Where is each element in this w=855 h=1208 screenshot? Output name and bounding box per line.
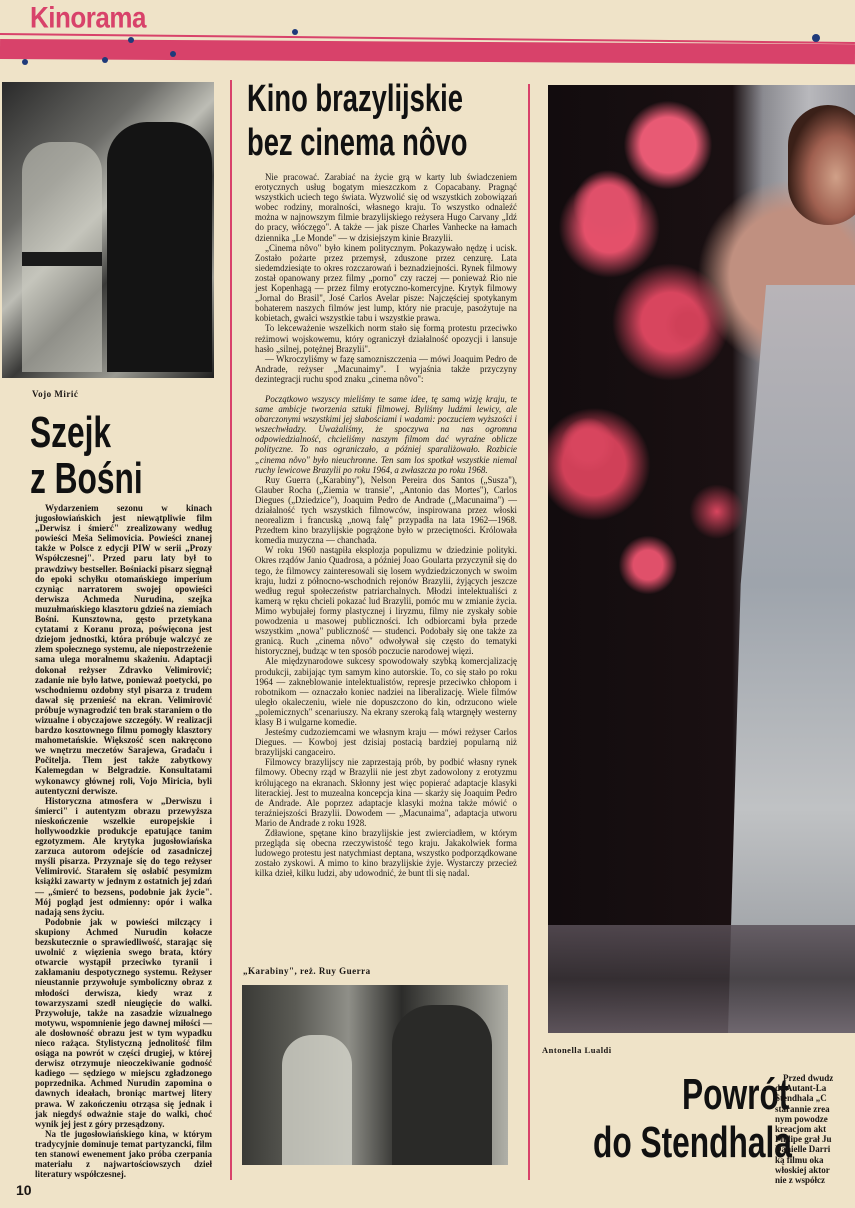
text-line: Philipe grał Ju [775, 1134, 855, 1144]
photo-face [788, 105, 855, 225]
article-center-body: Nie pracować. Zarabiać na życie grą w ka… [255, 172, 517, 947]
paragraph: Podobnie jak w powieści milczący i skupi… [35, 917, 212, 1129]
photo-flowers [548, 85, 748, 685]
ink-dot [170, 51, 176, 57]
paragraph: Na tle jugosłowiańskiego kina, w którym … [35, 1129, 212, 1179]
paragraph: W roku 1960 nastąpiła eksplozja populizm… [255, 545, 517, 656]
photo-sash [22, 252, 102, 266]
photo-caption-center: „Karabiny", reż. Ruy Guerra [243, 966, 371, 976]
text-line: ką filmu oka [775, 1155, 855, 1165]
text-line: starannie zrea [775, 1104, 855, 1114]
column-divider [528, 84, 530, 1180]
paragraph: Filmowcy brazylijscy nie zaprzestają pró… [255, 757, 517, 828]
masthead: Kinorama [0, 0, 855, 75]
article-right-intro: Przed dwudz de Autant-La Stendhala „C st… [775, 1073, 855, 1185]
headline-left-line2: z Bośni [30, 456, 143, 502]
ink-dot [812, 34, 820, 42]
photo-karabiny [242, 985, 508, 1165]
photo-antonella-lualdi [548, 85, 855, 1033]
headline-center-line2: bez cinema nôvo [247, 124, 467, 164]
text-line: kreacjom akt [775, 1124, 855, 1134]
headline-right-line1: Powrót [682, 1072, 789, 1118]
ink-dot [128, 37, 134, 43]
column-divider [230, 80, 232, 1180]
text-line: Stendhala „C [775, 1093, 855, 1103]
photo-man-figure [392, 1005, 492, 1165]
paragraph: Jesteśmy cudzoziemcami we własnym kraju … [255, 727, 517, 757]
ink-dot [22, 59, 28, 65]
text-line: Danielle Darri [775, 1144, 855, 1154]
page-number: 10 [16, 1182, 32, 1198]
headline-left-line1: Szejk [30, 410, 111, 456]
text-line: de Autant-La [775, 1083, 855, 1093]
photo-figure-right [107, 122, 212, 372]
paragraph: Ruy Guerra („Karabiny"), Nelson Pereira … [255, 475, 517, 546]
paragraph: Historyczna atmosfera w „Derwiszu i śmie… [35, 796, 212, 917]
section-logo: Kinorama [30, 0, 146, 36]
article-left-body: Wydarzeniem sezonu w kinach jugosłowiańs… [35, 503, 212, 1173]
headline-right-line2: do Stendhala [593, 1120, 792, 1166]
masthead-thick-rule [0, 39, 855, 64]
paragraph: Ale międzynarodowe sukcesy spowodowały s… [255, 656, 517, 727]
photo-vojo-miric [2, 82, 214, 378]
headline-center-line1: Kino brazylijskie [247, 80, 463, 120]
photo-caption-right: Antonella Lualdi [542, 1045, 612, 1055]
paragraph-quote: Początkowo wszyscy mieliśmy te same idee… [255, 394, 517, 475]
photo-woman-figure [282, 1035, 352, 1165]
paragraph: Wydarzeniem sezonu w kinach jugosłowiańs… [35, 503, 212, 796]
paragraph: — Wkroczyliśmy w fazę samozniszczenia — … [255, 354, 517, 384]
text-line: Przed dwudz [775, 1073, 855, 1083]
photo-ground [548, 925, 855, 1033]
paragraph: „Cinema nôvo" było kinem politycznym. Po… [255, 243, 517, 324]
text-line: nym powodze [775, 1114, 855, 1124]
ink-dot [102, 57, 108, 63]
ink-dot [292, 29, 298, 35]
paragraph: To lekceważenie wszelkich norm stało się… [255, 323, 517, 353]
paragraph: Zdławione, spętane kino brazylijskie jes… [255, 828, 517, 878]
text-line: nie z współcz [775, 1175, 855, 1185]
text-line: włoskiej aktor [775, 1165, 855, 1175]
photo-caption-left: Vojo Mirić [32, 389, 78, 399]
paragraph: Nie pracować. Zarabiać na życie grą w ka… [255, 172, 517, 243]
